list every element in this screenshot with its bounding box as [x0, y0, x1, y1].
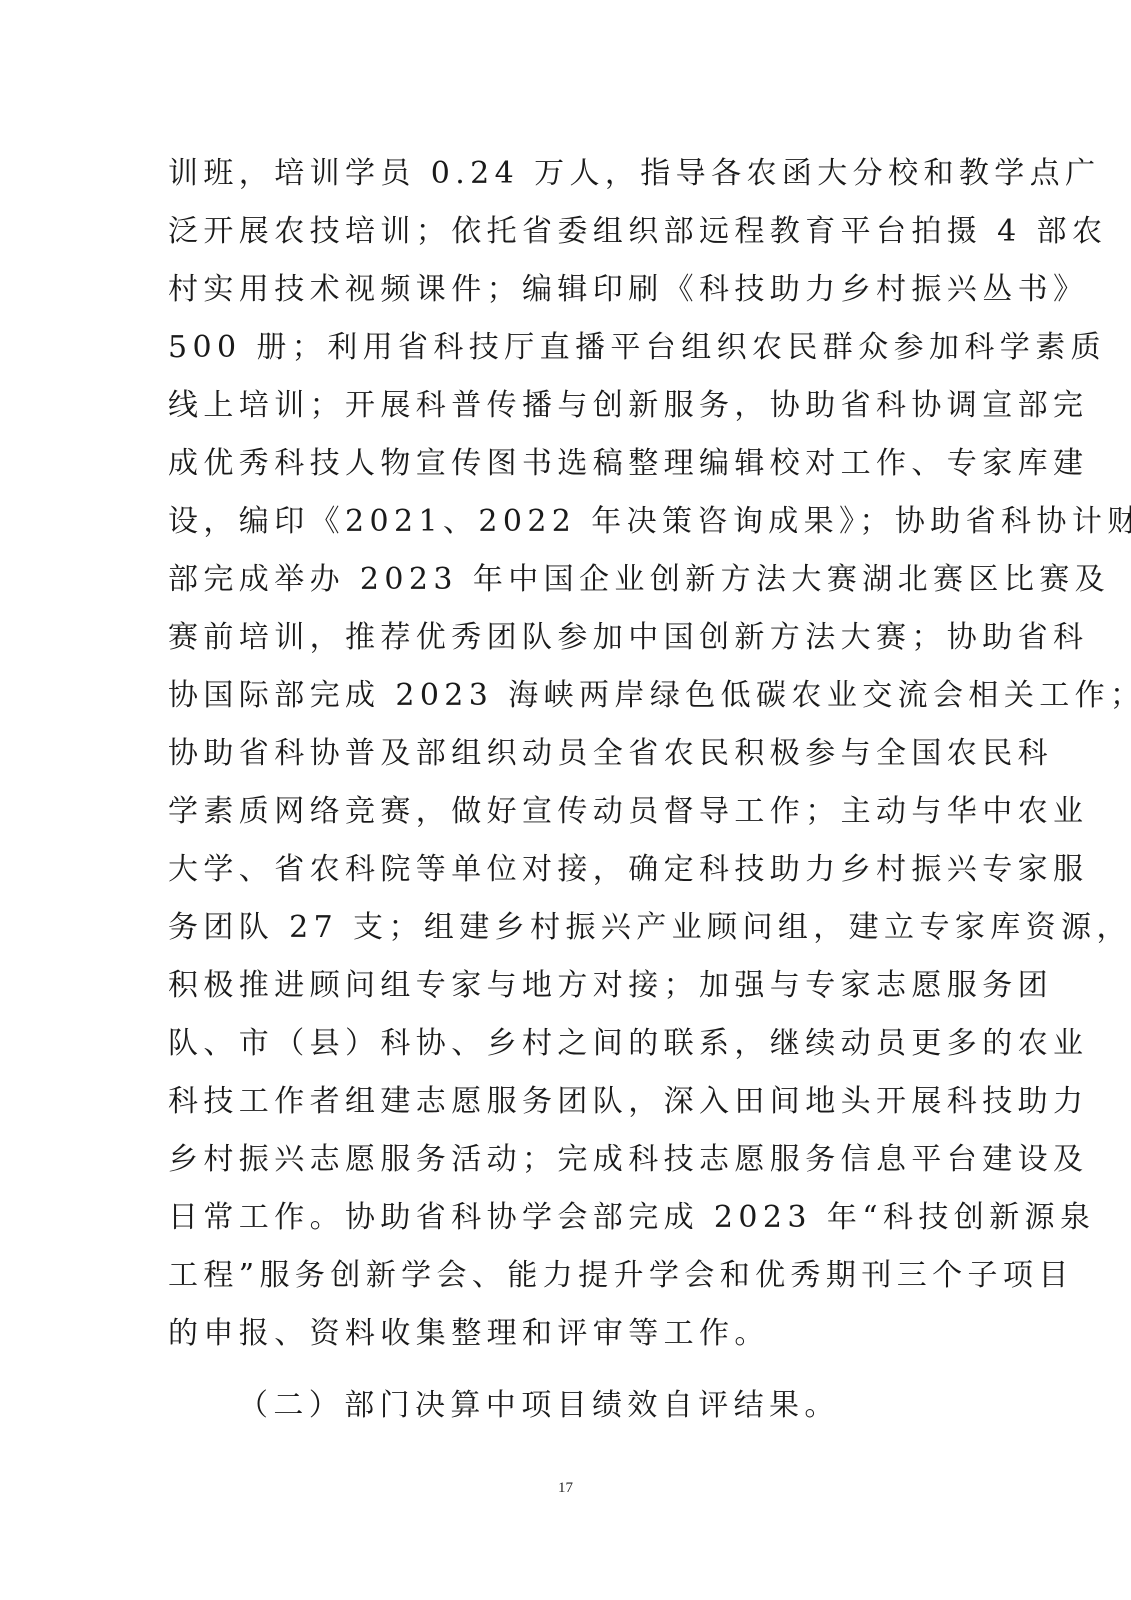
- text-line: 设，编印《2021、2022 年决策咨询成果》；协助省科协计财: [168, 493, 968, 551]
- text-line: 大学、省农科院等单位对接，确定科技助力乡村振兴专家服: [168, 841, 968, 899]
- text-line: 500 册；利用省科技厅直播平台组织农民群众参加科学素质: [168, 319, 968, 377]
- text-line: 泛开展农技培训；依托省委组织部远程教育平台拍摄 4 部农: [168, 203, 968, 261]
- text-line: 成优秀科技人物宣传图书选稿整理编辑校对工作、专家库建: [168, 435, 968, 493]
- text-line: 队、市（县）科协、乡村之间的联系，继续动员更多的农业: [168, 1015, 968, 1073]
- text-line: 科技工作者组建志愿服务团队，深入田间地头开展科技助力: [168, 1073, 968, 1131]
- text-line: 部完成举办 2023 年中国企业创新方法大赛湖北赛区比赛及: [168, 551, 968, 609]
- text-line: 的申报、资料收集整理和评审等工作。: [168, 1305, 968, 1363]
- text-line: 学素质网络竞赛，做好宣传动员督导工作；主动与华中农业: [168, 783, 968, 841]
- text-line: 工程”服务创新学会、能力提升学会和优秀期刊三个子项目: [168, 1247, 968, 1305]
- text-line: 务团队 27 支；组建乡村振兴产业顾问组，建立专家库资源，: [168, 899, 968, 957]
- text-line: 线上培训；开展科普传播与创新服务，协助省科协调宣部完: [168, 377, 968, 435]
- text-line: 训班，培训学员 0.24 万人，指导各农函大分校和教学点广: [168, 145, 968, 203]
- page-number: 17: [0, 1480, 1131, 1497]
- text-line: 协国际部完成 2023 海峡两岸绿色低碳农业交流会相关工作；: [168, 667, 968, 725]
- text-line: 乡村振兴志愿服务活动；完成科技志愿服务信息平台建设及: [168, 1131, 968, 1189]
- text-line: 村实用技术视频课件；编辑印刷《科技助力乡村振兴丛书》: [168, 261, 968, 319]
- section-heading: （二）部门决算中项目绩效自评结果。: [238, 1377, 840, 1435]
- text-line: 赛前培训，推荐优秀团队参加中国创新方法大赛；协助省科: [168, 609, 968, 667]
- text-line: 协助省科协普及部组织动员全省农民积极参与全国农民科: [168, 725, 968, 783]
- body-paragraph: 训班，培训学员 0.24 万人，指导各农函大分校和教学点广 泛开展农技培训；依托…: [168, 145, 968, 1363]
- text-line: 日常工作。协助省科协学会部完成 2023 年“科技创新源泉: [168, 1189, 968, 1247]
- document-page: 训班，培训学员 0.24 万人，指导各农函大分校和教学点广 泛开展农技培训；依托…: [0, 0, 1131, 1600]
- text-line: 积极推进顾问组专家与地方对接；加强与专家志愿服务团: [168, 957, 968, 1015]
